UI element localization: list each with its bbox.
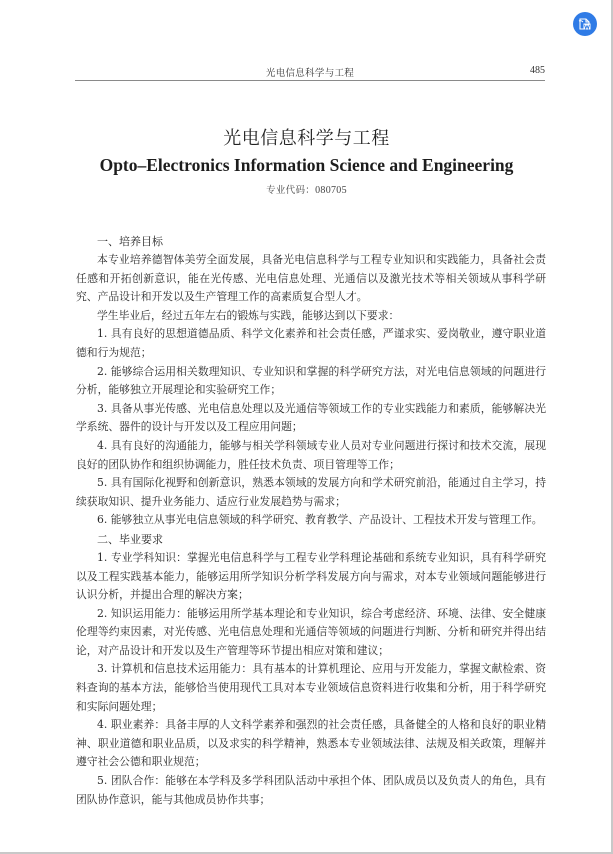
list-item: 2. 能够综合运用相关数理知识、专业知识和掌握的科学研究方法，对光电信息领域的问… xyxy=(76,363,546,400)
list-item: 3. 具备从事光传感、光电信息处理以及光通信等领域工作的专业实践能力和素质，能够… xyxy=(76,400,546,437)
paragraph: 学生毕业后，经过五年左右的锻炼与实践，能够达到以下要求： xyxy=(76,307,546,326)
section-heading: 二、毕业要求 xyxy=(76,530,546,549)
section-graduation-requirements: 二、毕业要求 1. 专业学科知识：掌握光电信息科学与工程专业学科理论基础和系统专… xyxy=(76,530,546,809)
list-item: 4. 职业素养：具备丰厚的人文科学素养和强烈的社会责任感，具备健全的人格和良好的… xyxy=(76,716,546,772)
document-body: 一、培养目标 本专业培养德智体美劳全面发展，具备光电信息科学与工程专业知识和实践… xyxy=(76,232,546,809)
list-item: 1. 专业学科知识：掌握光电信息科学与工程专业学科理论基础和系统专业知识，具有科… xyxy=(76,549,546,605)
document-viewer: 光电信息科学与工程 485 光电信息科学与工程 Opto–Electronics… xyxy=(0,0,611,852)
running-header: 光电信息科学与工程 485 xyxy=(75,62,545,81)
page-title-chinese: 光电信息科学与工程 xyxy=(0,126,613,152)
running-header-title: 光电信息科学与工程 xyxy=(75,65,545,79)
title-block: 光电信息科学与工程 Opto–Electronics Information S… xyxy=(0,126,613,196)
major-code-label: 专业代码： xyxy=(266,185,315,196)
list-item: 5. 具有国际化视野和创新意识，熟悉本领域的发展方向和学术研究前沿，能通过自主学… xyxy=(76,474,546,511)
convert-to-word-button[interactable] xyxy=(573,12,597,36)
word-convert-icon xyxy=(577,16,593,32)
list-item: 4. 具有良好的沟通能力，能够与相关学科领域专业人员对专业问题进行探讨和技术交流… xyxy=(76,437,546,474)
major-code: 专业代码：080705 xyxy=(0,182,613,196)
paragraph: 本专业培养德智体美劳全面发展，具备光电信息科学与工程专业知识和实践能力，具备社会… xyxy=(76,251,546,307)
section-training-objectives: 一、培养目标 本专业培养德智体美劳全面发展，具备光电信息科学与工程专业知识和实践… xyxy=(76,232,546,530)
page-title-english: Opto–Electronics Information Science and… xyxy=(0,154,613,176)
list-item: 2. 知识运用能力：能够运用所学基本理论和专业知识，综合考虑经济、环境、法律、安… xyxy=(76,605,546,661)
major-code-value: 080705 xyxy=(315,185,347,196)
list-item: 6. 能够独立从事光电信息领域的科学研究、教育教学、产品设计、工程技术开发与管理… xyxy=(76,511,546,530)
page-number: 485 xyxy=(530,65,545,76)
list-item: 1. 具有良好的思想道德品质、科学文化素养和社会责任感，严谨求实、爱岗敬业，遵守… xyxy=(76,325,546,362)
section-heading: 一、培养目标 xyxy=(76,232,546,251)
list-item: 5. 团队合作：能够在本学科及多学科团队活动中承担个体、团队成员以及负责人的角色… xyxy=(76,772,546,809)
list-item: 3. 计算机和信息技术运用能力：具有基本的计算机理论、应用与开发能力，掌握文献检… xyxy=(76,660,546,716)
